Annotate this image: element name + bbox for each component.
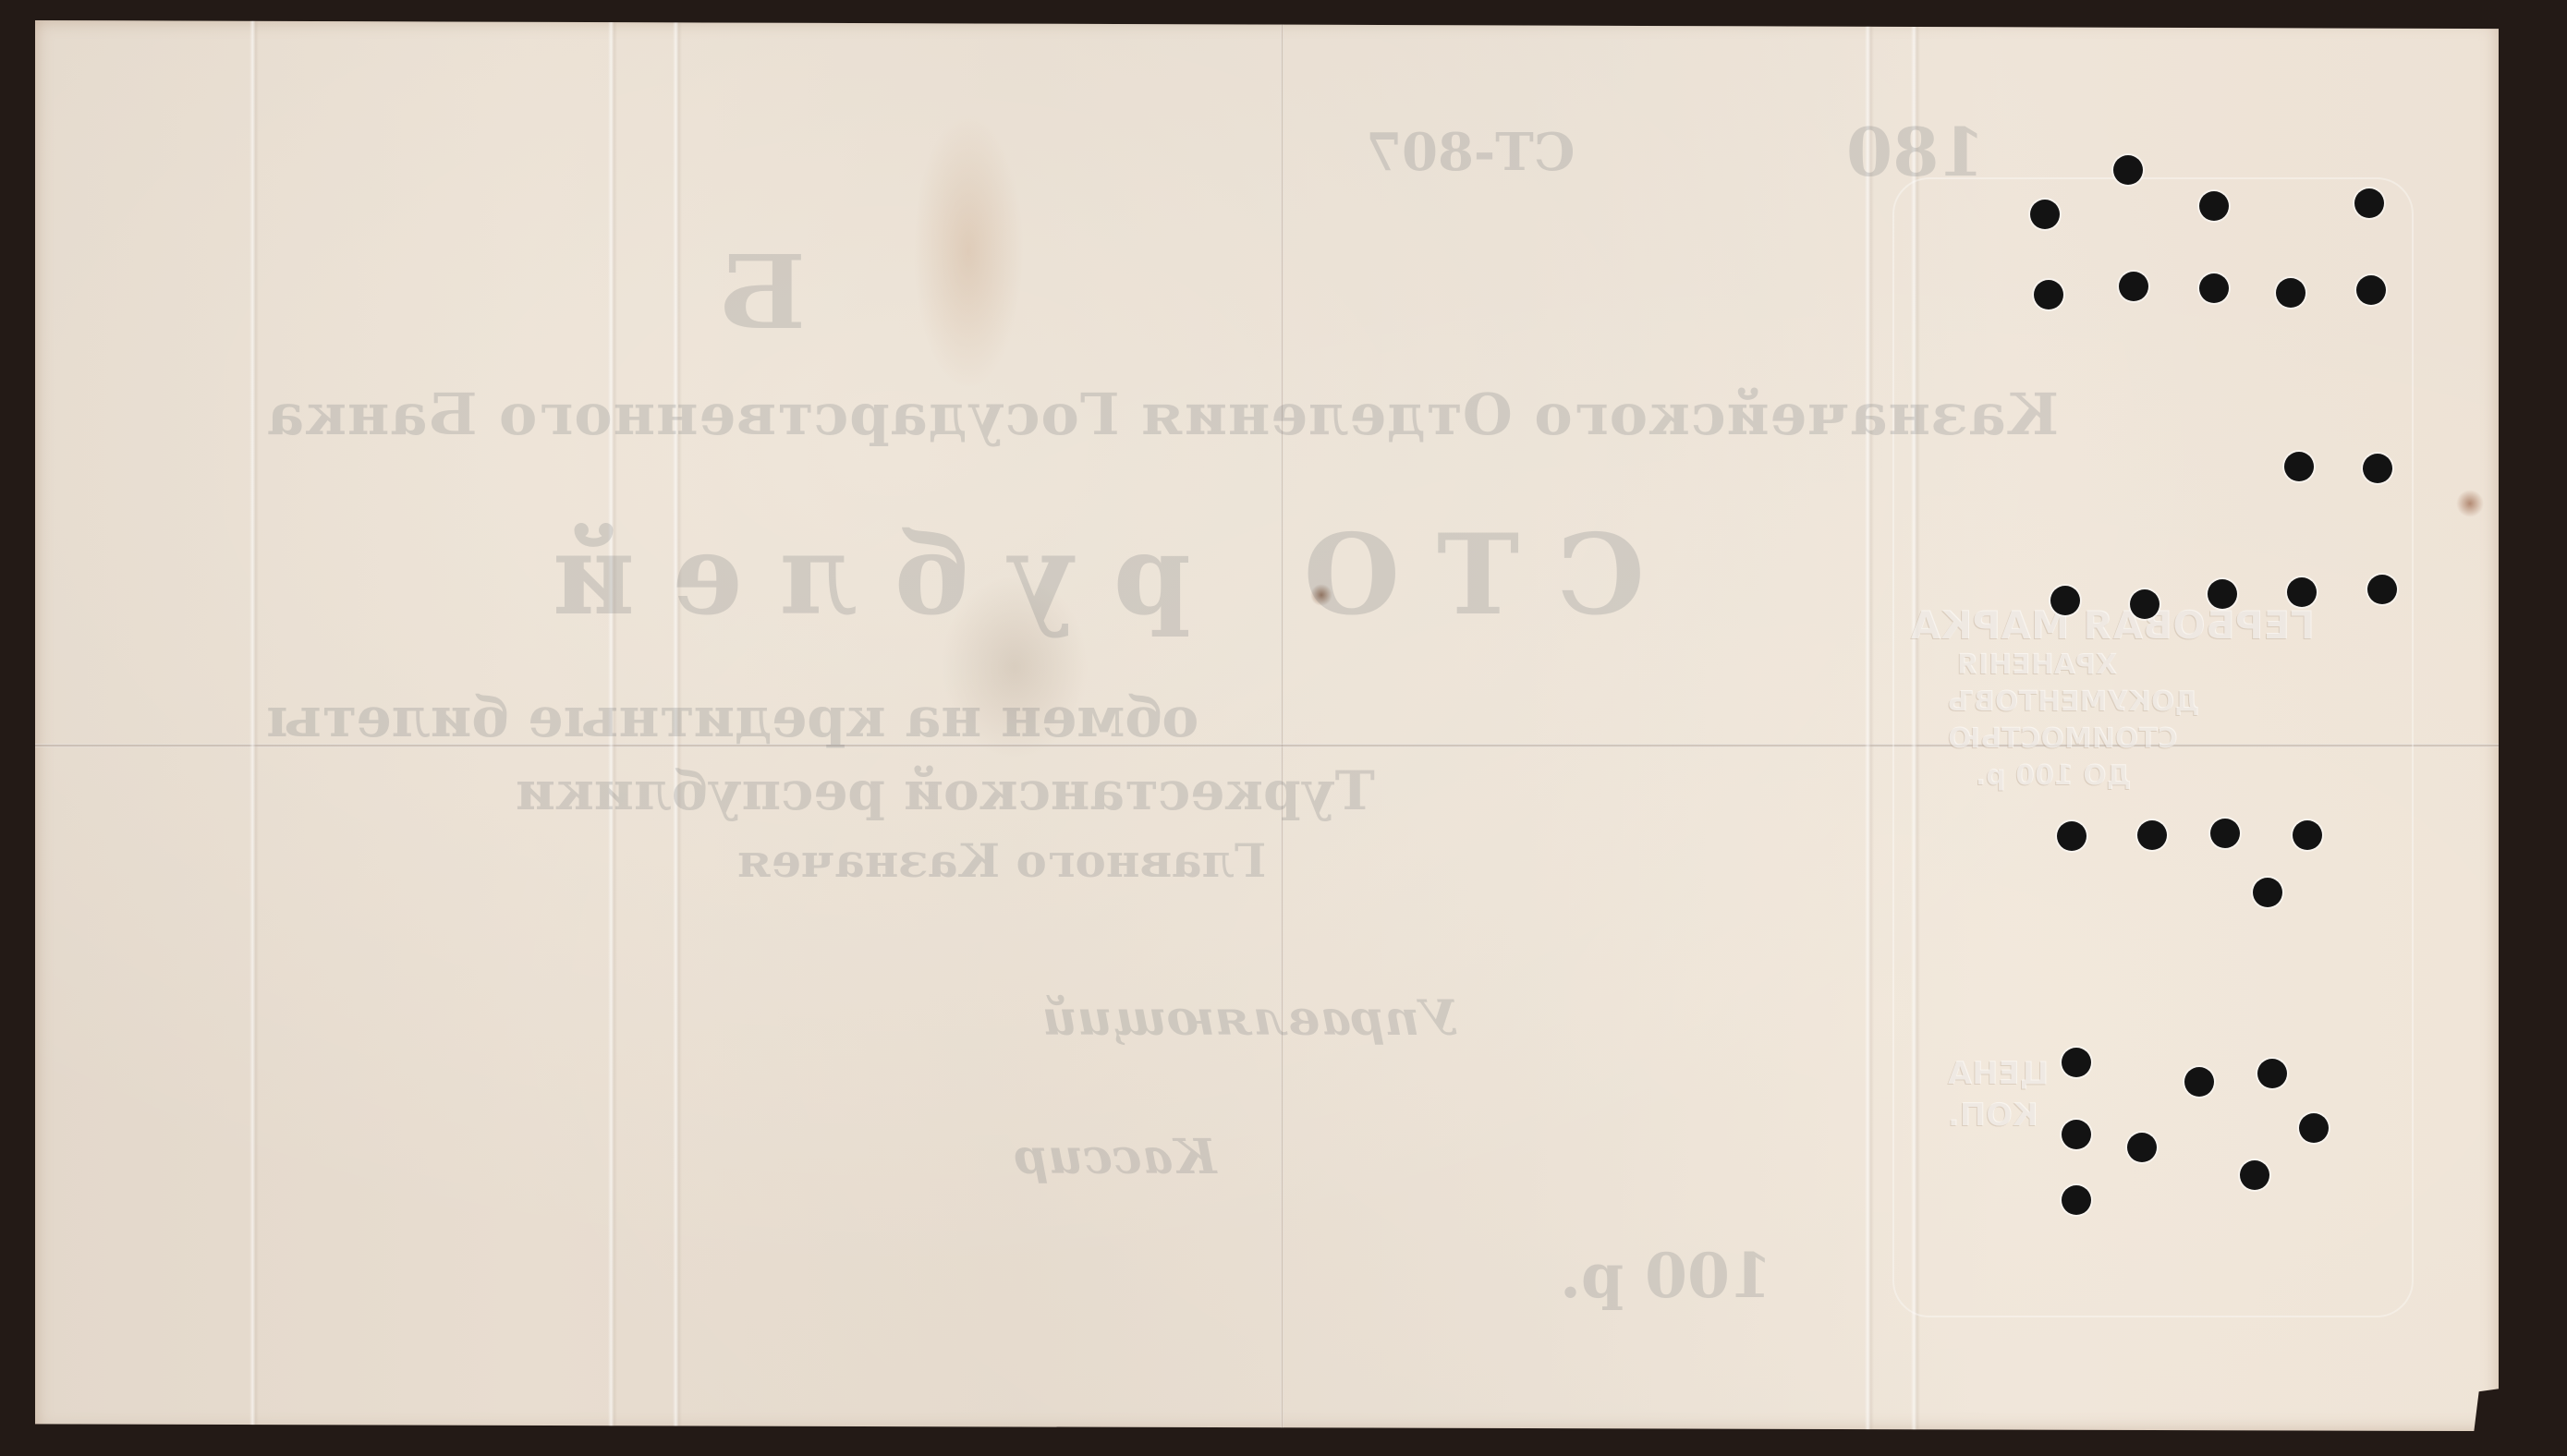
perforation-hole bbox=[2062, 1120, 2091, 1149]
perforation-hole bbox=[2137, 820, 2167, 850]
emboss-line-2: ХРАНЕНІЯ bbox=[1957, 649, 2117, 681]
emboss-line-6: ЦЕНА bbox=[1948, 1055, 2050, 1092]
body-line-3: Главного Казначея bbox=[737, 833, 1266, 888]
vertical-fold bbox=[1281, 20, 1283, 1431]
perforation-hole bbox=[2354, 188, 2384, 218]
banknote-reverse: СТ-807 180 Б Казначейского Отделения Гос… bbox=[35, 20, 2499, 1431]
perforation-hole bbox=[2062, 1048, 2091, 1077]
perforation-hole bbox=[2299, 1113, 2329, 1143]
crease bbox=[249, 20, 259, 1431]
crease bbox=[1865, 20, 1874, 1431]
perforation-hole bbox=[2257, 1059, 2287, 1088]
perforation-hole bbox=[2287, 577, 2317, 607]
perforation-hole bbox=[2199, 273, 2229, 303]
value-bottom: 100 р. bbox=[1560, 1240, 1772, 1312]
perforation-hole bbox=[2276, 278, 2305, 308]
perforation-hole bbox=[2356, 275, 2386, 305]
emboss-line-3: ДОКУМЕНТОВЪ bbox=[1948, 686, 2199, 718]
perforation-hole bbox=[2253, 878, 2282, 907]
signature-label-2: Кассир bbox=[1015, 1129, 1217, 1185]
perforation-hole bbox=[2034, 280, 2063, 309]
perforation-hole bbox=[2208, 579, 2237, 609]
emboss-line-1: ГЕРБОВАЯ МАРКА bbox=[1911, 602, 2315, 648]
perforation-hole bbox=[2184, 1067, 2214, 1097]
perforation-hole bbox=[2210, 819, 2240, 848]
denomination: СТО рублей bbox=[516, 510, 1645, 640]
stain bbox=[2456, 490, 2484, 517]
body-line-1: обмен на кредитные билеты bbox=[266, 686, 1198, 750]
body-line-2: Туркестанской республики bbox=[516, 759, 1375, 822]
perforation-hole bbox=[2199, 191, 2229, 221]
perforation-hole bbox=[2293, 820, 2322, 850]
perforation-hole bbox=[2113, 155, 2143, 185]
perforation-hole bbox=[2240, 1160, 2269, 1190]
heading-line: Казначейского Отделения Государственного… bbox=[266, 381, 2059, 448]
perforation-hole bbox=[2130, 589, 2159, 619]
perforation-hole bbox=[2119, 272, 2148, 301]
emboss-line-7: КОП. bbox=[1948, 1097, 2038, 1134]
perforation-hole bbox=[2057, 821, 2086, 851]
perforation-hole bbox=[2367, 575, 2397, 604]
perforation-hole bbox=[2030, 200, 2060, 229]
stain bbox=[913, 113, 1024, 390]
perforation-hole bbox=[2127, 1133, 2157, 1162]
perforation-hole bbox=[2363, 454, 2392, 483]
number-top-right: 180 bbox=[1846, 113, 1985, 191]
serial-top: СТ-807 bbox=[1366, 122, 1575, 183]
emboss-line-4: СТОИМОСТЬЮ bbox=[1948, 722, 2178, 755]
perforation-hole bbox=[2062, 1185, 2091, 1215]
signature-label-1: Управляющий bbox=[1042, 990, 1458, 1047]
stamp-letters: Б bbox=[719, 233, 806, 352]
perforation-hole bbox=[2050, 586, 2080, 615]
perforation-hole bbox=[2284, 452, 2314, 481]
emboss-line-5: ДО 100 р. bbox=[1976, 759, 2132, 792]
